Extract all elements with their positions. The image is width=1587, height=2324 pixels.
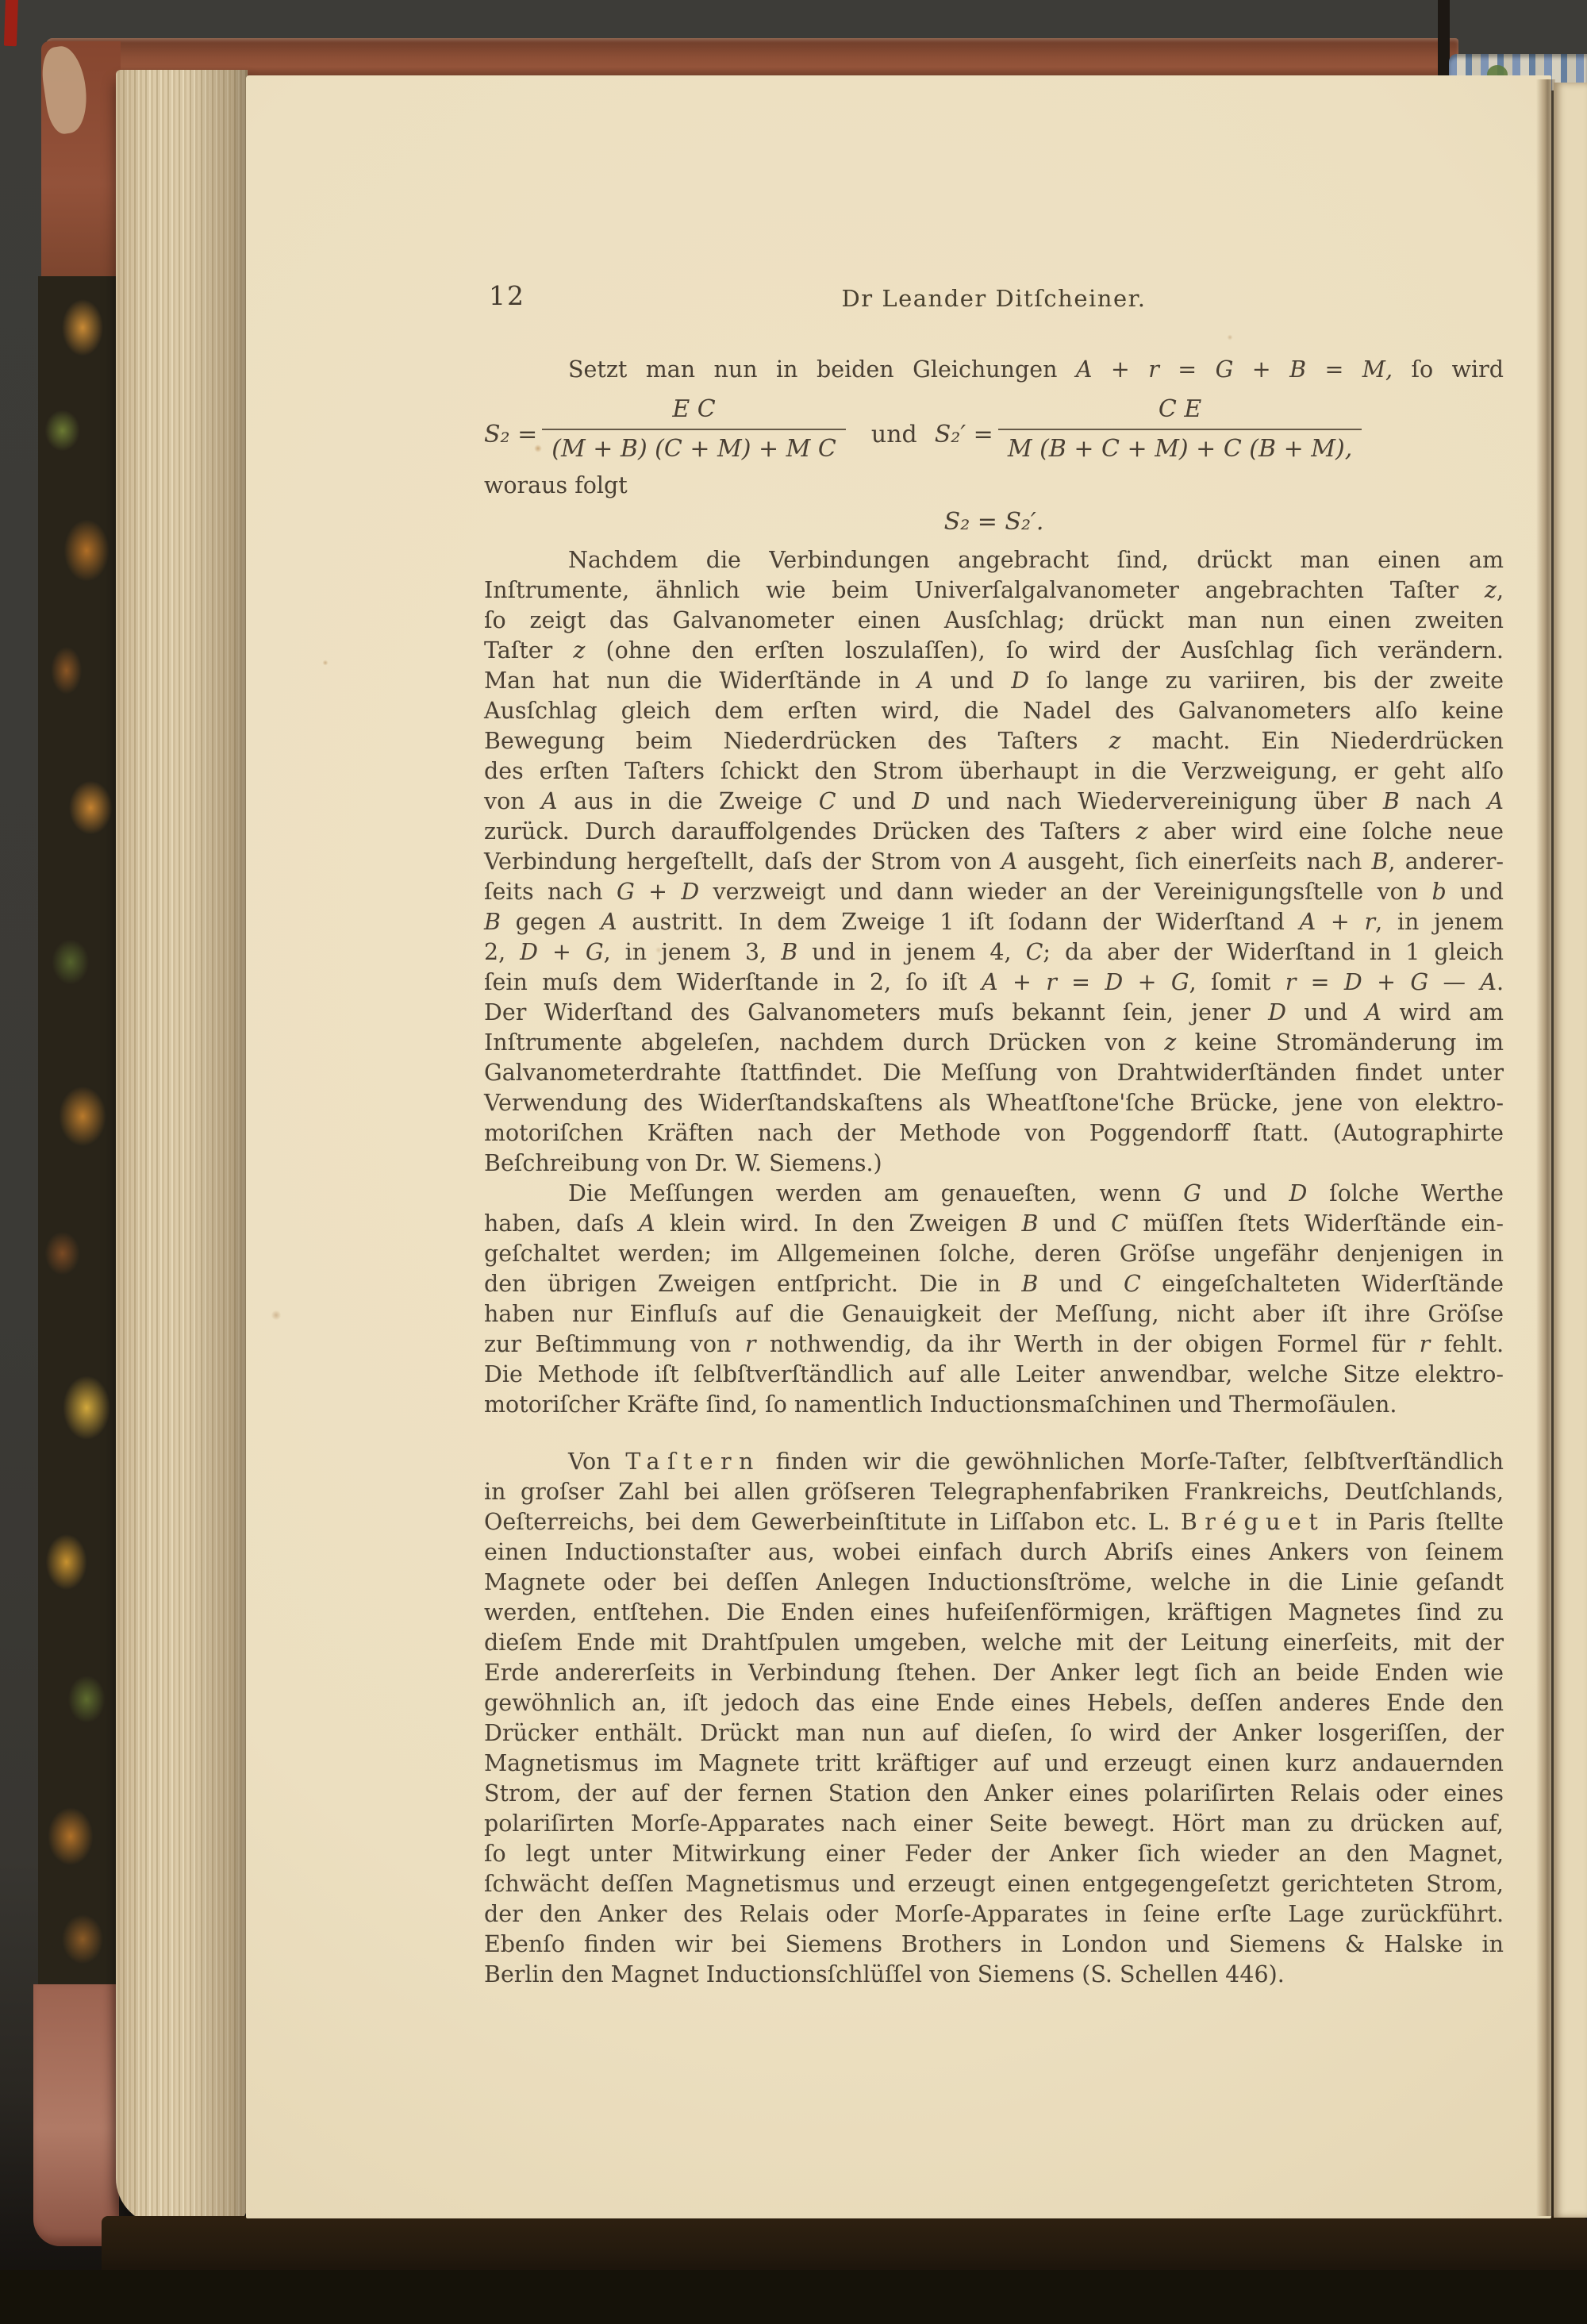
text-line: des erſten Taſters ſchickt den Strom übe… [484, 756, 1504, 787]
text-line: haben nur Einfluſs auf die Genauigkeit d… [484, 1299, 1504, 1329]
text-line: Man hat nun die Widerſtände in A und D ſ… [484, 666, 1504, 696]
text-line: Ausſchlag gleich dem erſten wird, die Na… [484, 696, 1504, 726]
equation-followup: woraus folgt [484, 471, 1504, 501]
text-line: Inſtrumente abgeleſen, nachdem durch Drü… [484, 1028, 1504, 1058]
paragraph-1: Nachdem die Verbindungen angebracht ſind… [484, 545, 1504, 1179]
text-line: motoriſcher Kräfte ſind, ſo namentlich I… [484, 1390, 1504, 1420]
text-line: ſo zeigt das Galvanometer einen Ausſchla… [484, 606, 1504, 636]
text-line: Nachdem die Verbindungen angebracht ſind… [484, 545, 1504, 575]
text-line: Die Meſſungen werden am genaueſten, wenn… [484, 1179, 1504, 1209]
text-line: dieſem Ende mit Drahtſpulen umgeben, wel… [484, 1628, 1504, 1658]
text-line: Magnetismus im Magnete tritt kräftiger a… [484, 1749, 1504, 1779]
text-line: einen Inductionstaſter aus, wobei einfac… [484, 1537, 1504, 1568]
text-line: werden, entſtehen. Die Enden eines hufei… [484, 1598, 1504, 1628]
text-line: Bewegung beim Niederdrücken des Taſters … [484, 726, 1504, 756]
text-line: in groſser Zahl bei allen gröſseren Tele… [484, 1477, 1504, 1507]
equation-result: S₂ = S₂′. [484, 507, 1504, 537]
text-line: polariſirten Morſe-Apparates nach einer … [484, 1809, 1504, 1839]
text-line: Magnete oder bei deſſen Anlegen Inductio… [484, 1568, 1504, 1598]
book-scan-scene: 12 Dr Leander Ditſcheiner. Setzt man nun… [0, 0, 1587, 2324]
equation-2-lhs: S₂′ = [935, 420, 993, 450]
text-line: gewöhnlich an, iſt jedoch das eine Ende … [484, 1688, 1504, 1718]
equation-connector: und [871, 420, 917, 450]
book-page: 12 Dr Leander Ditſcheiner. Setzt man nun… [246, 75, 1551, 2218]
text-line: motoriſchen Kräften nach der Methode von… [484, 1118, 1504, 1149]
running-header: Dr Leander Ditſcheiner. [484, 285, 1504, 312]
intro-line: Setzt man nun in beiden Gleichungen A + … [484, 355, 1504, 385]
text-line: ſein muſs dem Widerſtande in 2, ſo iſt A… [484, 968, 1504, 998]
red-corner-mark [4, 0, 18, 46]
text-line: zurück. Durch darauffolgendes Drücken de… [484, 817, 1504, 847]
text-line: Galvanometerdrahte ſtattfindet. Die Meſſ… [484, 1058, 1504, 1088]
text-line: ſchwächt deſſen Magnetismus und erzeugt … [484, 1869, 1504, 1899]
text-line: Setzt man nun in beiden Gleichungen A + … [484, 355, 1504, 385]
text-line: geſchaltet werden; im Allgemeinen ſolche… [484, 1239, 1504, 1269]
table-surface [0, 2270, 1587, 2324]
fraction-1-denominator: (M + B) (C + M) + M C [542, 429, 846, 464]
body-text: Nachdem die Verbindungen angebracht ſind… [484, 545, 1504, 1990]
text-line: 2, D + G, in jenem 3, B und in jenem 4, … [484, 937, 1504, 968]
text-line: B gegen A austritt. In dem Zweige 1 iſt … [484, 907, 1504, 937]
fraction-1-numerator: E C [542, 394, 846, 429]
page-gutter-shadow [1536, 79, 1555, 2216]
binding-gap [1438, 0, 1450, 87]
book-cover-bottom-corner [33, 1984, 119, 2246]
text-line: Verbindung hergeſtellt, daſs der Strom v… [484, 847, 1504, 877]
text-line: Ebenſo finden wir bei Siemens Brothers i… [484, 1930, 1504, 1960]
fraction-1: E C (M + B) (C + M) + M C [542, 394, 846, 464]
text-line: ſo legt unter Mitwirkung einer Feder der… [484, 1839, 1504, 1869]
facing-page-sliver [1554, 83, 1587, 2218]
book-bottom-shadow [102, 2216, 1587, 2276]
text-line: von A aus in die Zweige C und D und nach… [484, 787, 1504, 817]
text-line: Inſtrumente, ähnlich wie beim Univerſalg… [484, 575, 1504, 606]
text-line: Strom, der auf der fernen Station den An… [484, 1779, 1504, 1809]
text-line: Oeſterreichs, bei dem Gewerbeinſtitute i… [484, 1507, 1504, 1537]
fraction-2-numerator: C E [998, 394, 1362, 429]
text-line: Beſchreibung von Dr. W. Siemens.) [484, 1149, 1504, 1179]
fraction-2-denominator: M (B + C + M) + C (B + M), [998, 429, 1362, 464]
text-line: der den Anker des Relais oder Morſe-Appa… [484, 1899, 1504, 1930]
text-line: zur Beſtimmung von r nothwendig, da ihr … [484, 1329, 1504, 1360]
text-line: Von Taſtern finden wir die gewöhnlichen … [484, 1447, 1504, 1477]
text-line: Drücker enthält. Drückt man nun auf dieſ… [484, 1718, 1504, 1749]
equation-1-lhs: S₂ = [484, 420, 537, 450]
text-line: Verwendung des Widerſtandskaſtens als Wh… [484, 1088, 1504, 1118]
text-line: ſeits nach G + D verzweigt und dann wied… [484, 877, 1504, 907]
text-line: Erde andererſeits in Verbindung ſtehen. … [484, 1658, 1504, 1688]
page-stack-fore-edge [116, 70, 248, 2226]
text-line: Der Widerſtand des Galvanometers muſs be… [484, 998, 1504, 1028]
text-line: Die Methode iſt ſelbſtverſtändlich auf a… [484, 1360, 1504, 1390]
text-line: Berlin den Magnet Inductionsſchlüſſel vo… [484, 1960, 1504, 1990]
marbled-paper-edge [38, 276, 119, 1991]
text-line: haben, daſs A klein wird. In den Zweigen… [484, 1209, 1504, 1239]
paragraph-2: Die Meſſungen werden am genaueſten, wenn… [484, 1179, 1504, 1420]
text-line: den übrigen Zweigen entſpricht. Die in B… [484, 1269, 1504, 1299]
paragraph-3: Von Taſtern finden wir die gewöhnlichen … [484, 1447, 1504, 1990]
text-line: Taſter z (ohne den erſten loszulaſſen), … [484, 636, 1504, 666]
equation-block: S₂ = E C (M + B) (C + M) + M C und S₂′ =… [484, 394, 1504, 464]
fraction-2: C E M (B + C + M) + C (B + M), [998, 394, 1362, 464]
